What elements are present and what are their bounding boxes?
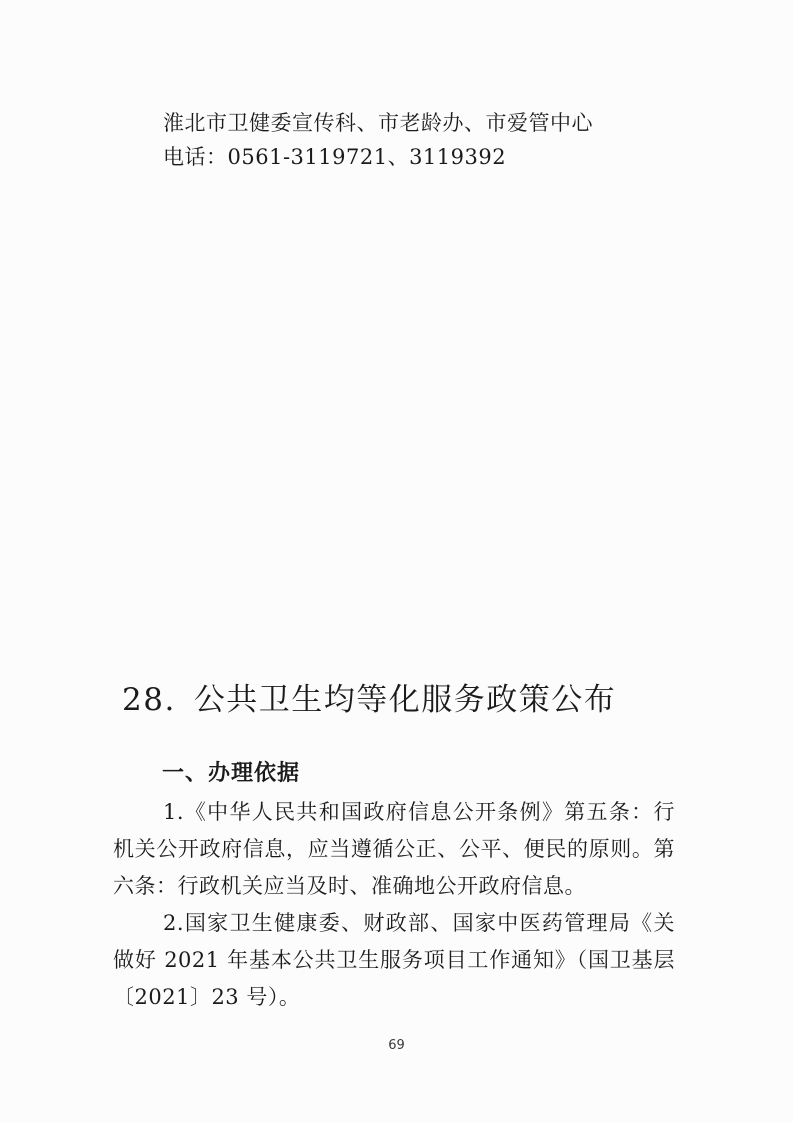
page-number: 69	[0, 1038, 793, 1053]
document-page: 淮北市卫健委宣传科、市老龄办、市爱管中心 电话：0561-3119721、311…	[0, 0, 793, 1122]
paragraph-line: 1.《中华人民共和国政府信息公开条例》第五条：行政	[113, 794, 675, 831]
paragraph-line: 做好 2021 年基本公共卫生服务项目工作通知》（国卫基层发	[113, 942, 675, 979]
paragraph-line: 机关公开政府信息，应当遵循公正、公平、便民的原则。第	[113, 831, 675, 868]
chapter-number: 28.	[122, 682, 176, 718]
contact-phone-line: 电话：0561-3119721、3119392	[163, 140, 593, 174]
contact-department-line: 淮北市卫健委宣传科、市老龄办、市爱管中心	[163, 106, 593, 140]
chapter-heading: 28.公共卫生均等化服务政策公布	[122, 674, 616, 719]
paragraph-line: 2.国家卫生健康委、财政部、国家中医药管理局《关于	[113, 905, 675, 942]
chapter-title: 公共卫生均等化服务政策公布	[194, 682, 617, 718]
paragraph-line: 〔2021〕23 号）。	[113, 979, 675, 1016]
section-heading: 一、办理依据	[162, 756, 300, 787]
paragraph-line: 六条：行政机关应当及时、准确地公开政府信息。	[113, 868, 675, 905]
paragraph-1: 1.《中华人民共和国政府信息公开条例》第五条：行政 机关公开政府信息，应当遵循公…	[113, 794, 675, 905]
contact-block: 淮北市卫健委宣传科、市老龄办、市爱管中心 电话：0561-3119721、311…	[163, 106, 593, 174]
paragraph-2: 2.国家卫生健康委、财政部、国家中医药管理局《关于 做好 2021 年基本公共卫…	[113, 905, 675, 1016]
